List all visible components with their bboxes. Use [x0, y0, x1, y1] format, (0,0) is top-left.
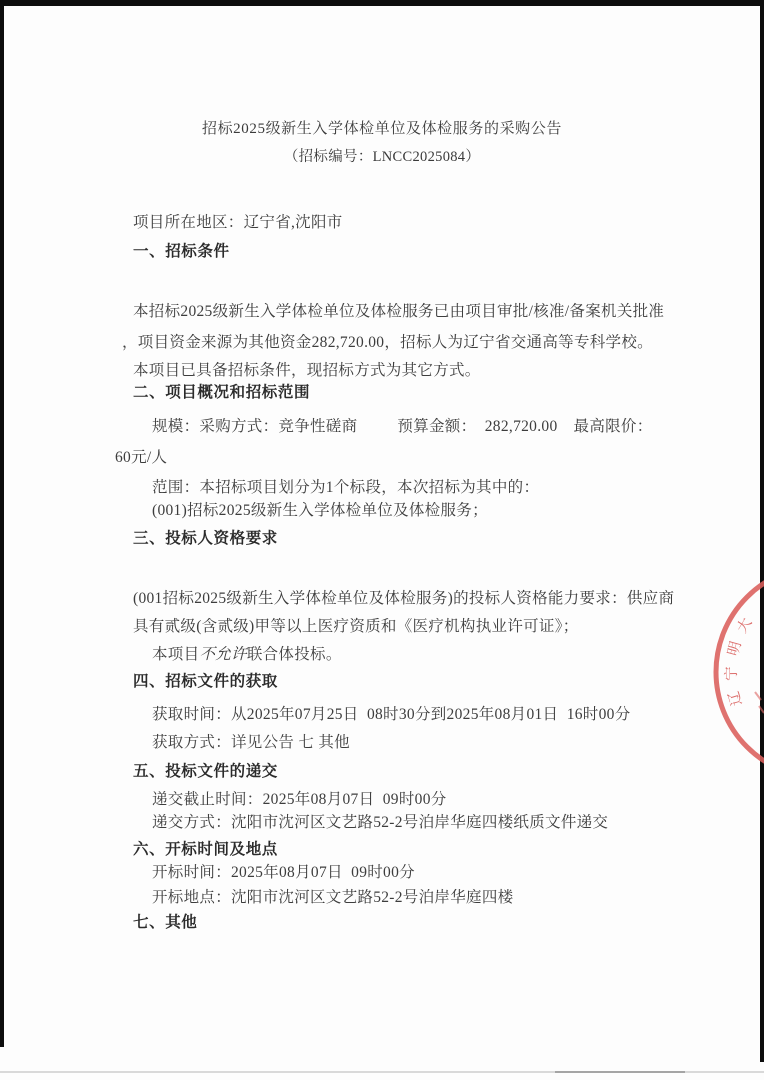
jv-not-allowed-emphasis: 不允许	[199, 646, 246, 663]
section-7-heading: 七、其他	[133, 912, 197, 934]
seal-char-2: 宁	[723, 666, 740, 681]
section-4-heading: 四、招标文件的获取	[133, 671, 278, 693]
jv-suffix: 联合体投标。	[247, 646, 342, 663]
section-6-heading: 六、开标时间及地点	[133, 839, 278, 861]
budget-amount: 预算金额： 282,720.00	[397, 418, 557, 435]
opening-time-line: 开标时间：2025年08月07日 09时00分	[152, 862, 415, 884]
scan-edge-top	[0, 0, 764, 6]
seal-char-3: 明	[725, 639, 745, 657]
seal-char-4: 大	[733, 614, 755, 636]
seal-char-1: 辽	[725, 689, 745, 708]
project-location-line: 项目所在地区：辽宁省,沈阳市	[133, 212, 343, 234]
official-seal: 辽 宁 明 大	[660, 560, 764, 790]
lot-line: (001)招标2025级新生入学体检单位及体检服务；	[152, 500, 488, 522]
procurement-method: 规模：采购方式：竞争性磋商	[152, 418, 357, 435]
document-title: 招标2025级新生入学体检单位及体检服务的采购公告	[0, 118, 764, 140]
joint-venture-line: 本项目不允许联合体投标。	[152, 644, 342, 666]
scale-line: 规模：采购方式：竞争性磋商预算金额： 282,720.00最高限价：	[152, 416, 653, 438]
procurement-notice-page: 招标2025级新生入学体检单位及体检服务的采购公告 （招标编号：LNCC2025…	[0, 0, 764, 1080]
section-3-paragraph-line-1: (001招标2025级新生入学体检单位及体检服务)的投标人资格能力要求：供应商	[133, 588, 674, 610]
submit-method-line: 递交方式：沈阳市沈河区文艺路52-2号泊岸华庭四楼纸质文件递交	[152, 812, 608, 834]
scope-line: 范围：本招标项目划分为1个标段，本次招标为其中的：	[152, 477, 539, 499]
section-1-paragraph-line-1: 本招标2025级新生入学体检单位及体检服务已由项目审批/核准/备案机关批准	[133, 301, 664, 323]
obtain-method-line: 获取方式：详见公告 七 其他	[152, 732, 350, 754]
section-1-heading: 一、招标条件	[133, 241, 230, 263]
tender-number-line: （招标编号：LNCC2025084）	[0, 146, 764, 168]
section-5-heading: 五、投标文件的递交	[133, 761, 278, 783]
section-2-heading: 二、项目概况和招标范围	[133, 382, 310, 404]
section-3-paragraph-line-2: 具有贰级(含贰级)甲等以上医疗资质和《医疗机构执业许可证》；	[133, 616, 579, 638]
max-price-label: 最高限价：	[574, 418, 653, 435]
section-1-paragraph-line-2: ，项目资金来源为其他资金282,720.00，招标人为辽宁省交通高等专科学校。	[122, 332, 653, 354]
seal-icon: 辽 宁 明 大	[660, 560, 764, 790]
obtain-time-line: 获取时间：从2025年07月25日 08时30分到2025年08月01日 16时…	[152, 704, 631, 726]
page-bottom-line-dark	[555, 1071, 685, 1073]
max-price-value-line: 60元/人	[115, 447, 167, 469]
opening-place-line: 开标地点：沈阳市沈河区文艺路52-2号泊岸华庭四楼	[152, 887, 513, 909]
jv-prefix: 本项目	[152, 646, 199, 663]
section-1-paragraph-line-3: 本项目已具备招标条件，现招标方式为其它方式。	[133, 360, 481, 382]
section-3-heading: 三、投标人资格要求	[133, 528, 278, 550]
submit-deadline-line: 递交截止时间：2025年08月07日 09时00分	[152, 789, 447, 811]
